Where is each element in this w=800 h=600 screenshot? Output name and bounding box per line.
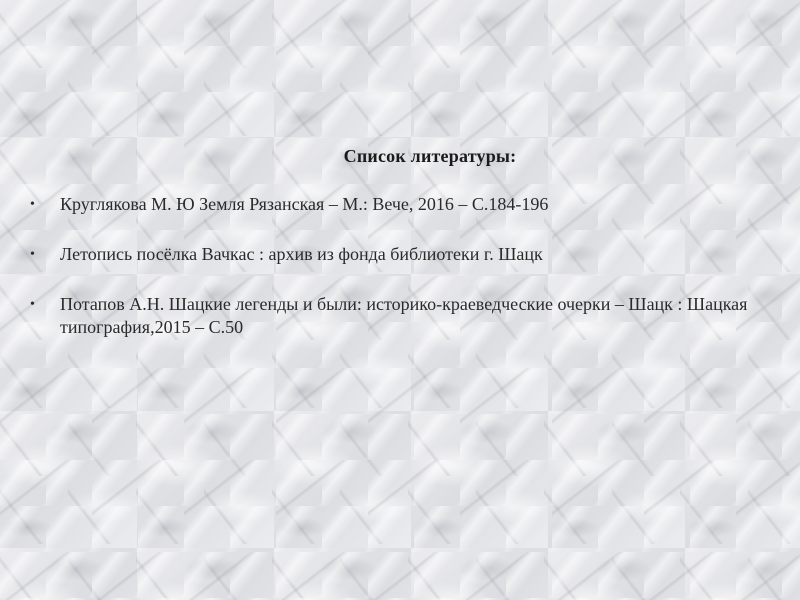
reference-text: Круглякова М. Ю Земля Рязанская – М.: Ве… [60,194,548,214]
slide: Список литературы: • Круглякова М. Ю Зем… [0,0,800,600]
bullet-icon: • [30,243,35,266]
reference-item: • Круглякова М. Ю Земля Рязанская – М.: … [30,193,780,216]
reference-text: Летопись посёлка Вачкас : архив из фонда… [60,244,543,264]
reference-list: • Круглякова М. Ю Земля Рязанская – М.: … [30,193,780,366]
reference-item: • Потапов А.Н. Шацкие легенды и были: ис… [30,293,780,339]
reference-item: • Летопись посёлка Вачкас : архив из фон… [30,243,780,266]
bullet-icon: • [30,193,35,216]
bullet-icon: • [30,293,35,316]
slide-title: Список литературы: [0,146,800,167]
reference-text: Потапов А.Н. Шацкие легенды и были: исто… [60,294,747,337]
